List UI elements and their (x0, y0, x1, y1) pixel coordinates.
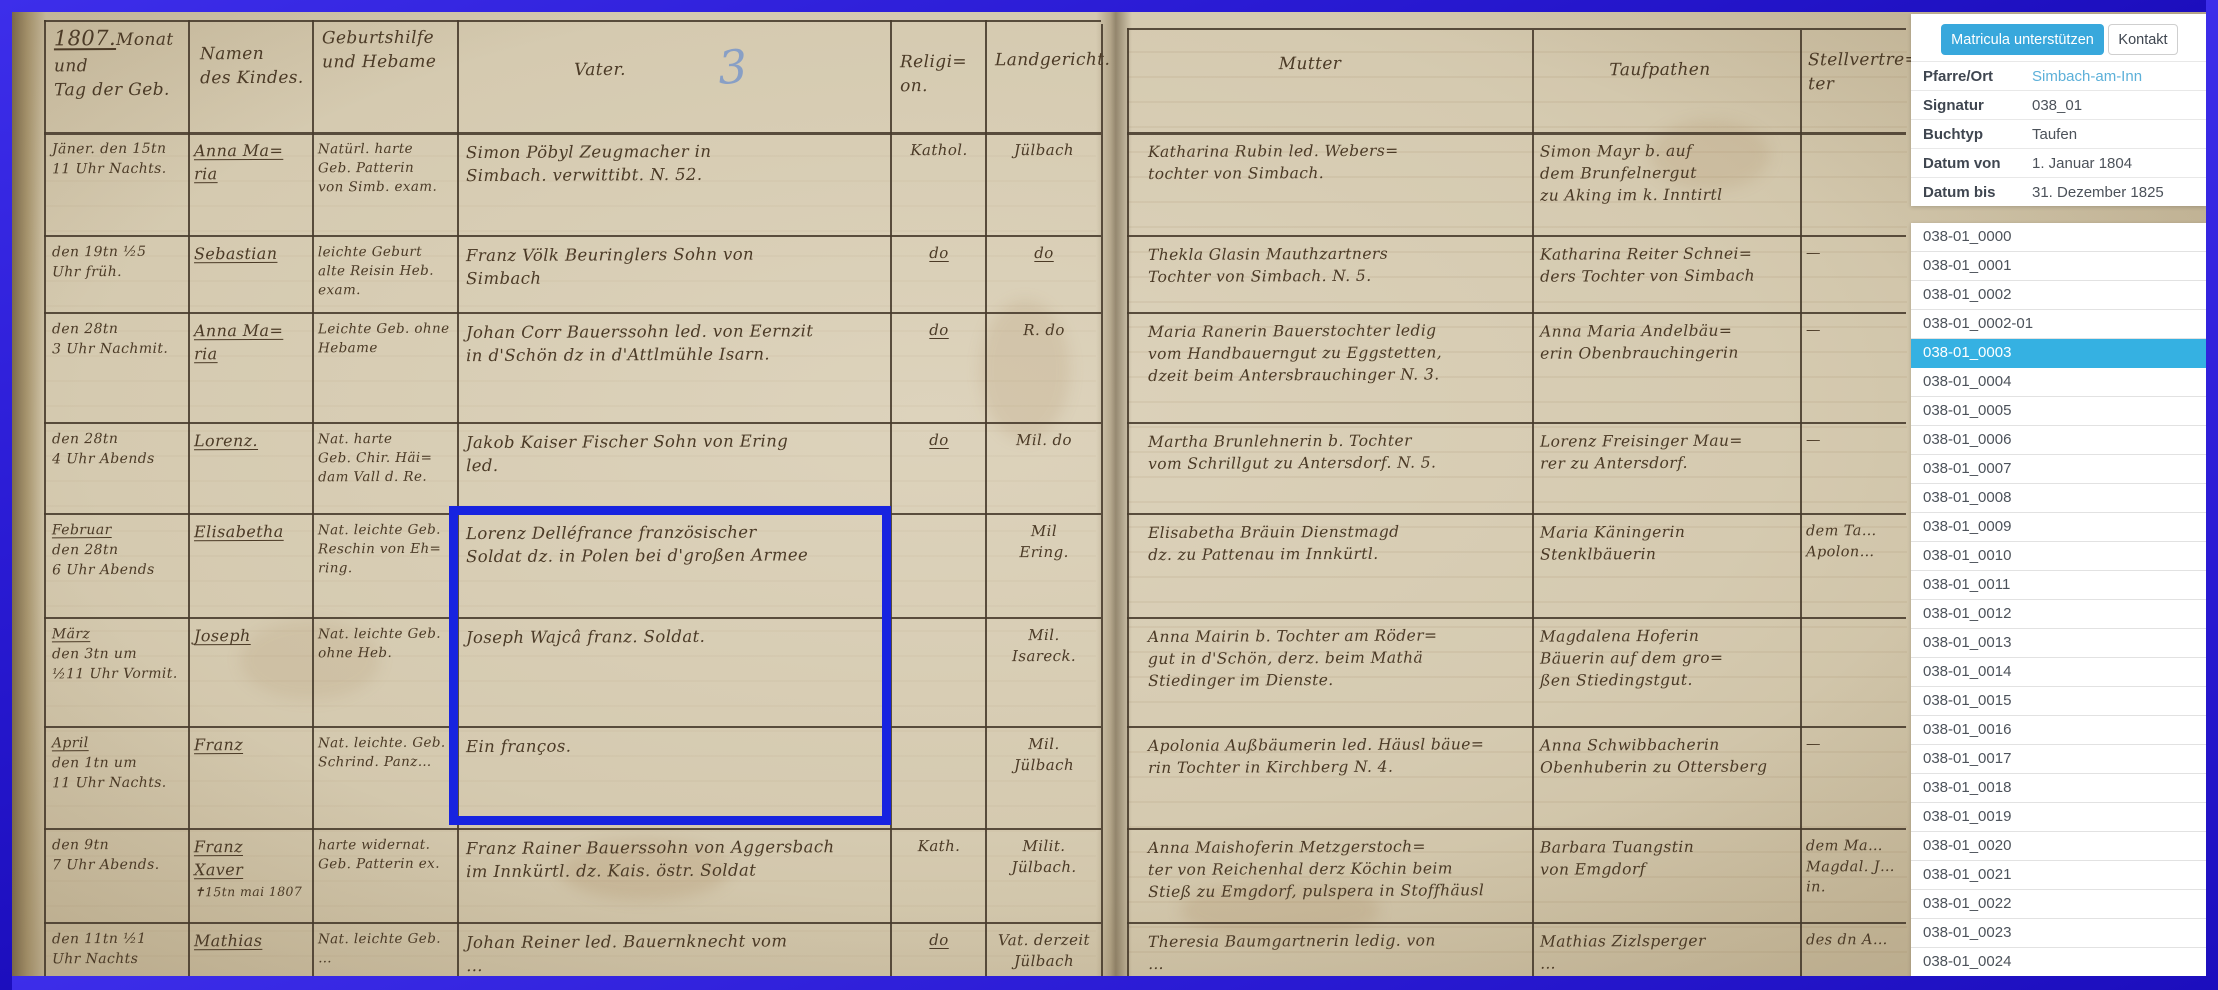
grid-hline (44, 828, 1101, 830)
contact-button[interactable]: Kontakt (2108, 24, 2178, 55)
register-cell-date: den 19tn ½5 Uhr früh. (52, 243, 186, 283)
register-cell-father: Johan Corr Bauerssohn led. von Eernzit i… (466, 319, 884, 368)
metadata-row: Signatur 038_01 (1911, 90, 2206, 119)
page-list-item[interactable]: 038-01_0008 (1911, 484, 2206, 513)
register-cell-father: Franz Völk Beuringlers Sohn von Simbach (466, 242, 884, 291)
register-cell-god: Mathias Zizlsperger … (1540, 929, 1795, 974)
register-cell-god: Lorenz Freisinger Mau= rer zu Antersdorf… (1540, 429, 1795, 474)
metadata-value[interactable]: 31. Dezember 1825 (2032, 184, 2164, 201)
register-cell-birth: Natürl. harte Geb. Patterin von Simb. ex… (318, 140, 452, 198)
register-cell-name: Mathias (194, 930, 306, 953)
frame-border-bottom (0, 976, 2218, 990)
grid-hline (44, 20, 1101, 22)
page-list-item[interactable]: 038-01_0004 (1911, 368, 2206, 397)
page-list-item[interactable]: 038-01_0018 (1911, 774, 2206, 803)
register-header-name: Namen des Kindes. (200, 42, 308, 91)
register-cell-father: Simon Pöbyl Zeugmacher in Simbach. verwi… (466, 139, 884, 188)
register-cell-rel: do (896, 243, 982, 265)
page-list-item[interactable]: 038-01_0017 (1911, 745, 2206, 774)
metadata-value[interactable]: Taufen (2032, 126, 2077, 143)
register-header-date: 1807.Monat und Tag der Geb. (54, 24, 184, 103)
register-cell-father: Jakob Kaiser Fischer Sohn von Ering led. (466, 429, 884, 478)
page-list-item[interactable]: 038-01_0005 (1911, 397, 2206, 426)
page-list-item[interactable]: 038-01_0002-01 (1911, 310, 2206, 339)
grid-vline (1800, 30, 1802, 976)
register-cell-birth: harte widernat. Geb. Patterin ex. (318, 836, 452, 875)
metadata-label: Signatur (1911, 97, 2032, 114)
grid-hline (1127, 28, 1906, 30)
register-cell-rel: do (896, 430, 982, 452)
register-header-proxy: Stellvertre= ter (1808, 48, 1918, 97)
page-list-item[interactable]: 038-01_0006 (1911, 426, 2206, 455)
frame-border-left (0, 0, 12, 990)
page-list-item[interactable]: 038-01_0001 (1911, 252, 2206, 281)
register-cell-date: den 28tn 4 Uhr Abends (52, 430, 186, 470)
register-cell-name: Joseph (194, 625, 306, 648)
register-cell-date: den 9tn 7 Uhr Abends. (52, 836, 186, 876)
register-cell-name: Anna Ma= ria (194, 140, 306, 186)
register-cell-court: Mil. do (990, 430, 1098, 452)
metadata-value[interactable]: 1. Januar 1804 (2032, 155, 2132, 172)
register-cell-mother: Thekla Glasin Mauthzartners Tochter von … (1148, 242, 1528, 288)
page-list-item[interactable]: 038-01_0007 (1911, 455, 2206, 484)
register-cell-god: Anna Maria Andelbäu= erin Obenbrauchinge… (1540, 319, 1795, 364)
page-list-item[interactable]: 038-01_0022 (1911, 890, 2206, 919)
register-cell-date: Jäner. den 15tn 11 Uhr Nachts. (52, 140, 186, 180)
register-cell-birth: Nat. harte Geb. Chir. Häi= dam Vall d. R… (318, 430, 452, 488)
grid-hline (44, 922, 1101, 924)
grid-vline (188, 20, 190, 976)
register-cell-rel: do (896, 320, 982, 342)
grid-vline (1127, 28, 1129, 976)
sidebar-button-row: Matricula unterstützen Kontakt (1911, 24, 2206, 56)
metadata-label: Datum von (1911, 155, 2032, 172)
grid-vline (312, 20, 314, 976)
register-cell-birth: Nat. leichte Geb. Reschin von Eh= ring. (318, 521, 452, 579)
metadata-row: Datum bis 31. Dezember 1825 (1911, 177, 2206, 206)
register-cell-court: Mil Ering. (990, 521, 1098, 564)
page-list-item[interactable]: 038-01_0015 (1911, 687, 2206, 716)
grid-vline (457, 20, 459, 976)
register-header-mother: Mutter (1230, 52, 1390, 77)
register-cell-date: den 28tn 3 Uhr Nachmit. (52, 320, 186, 360)
page-list-item[interactable]: 038-01_0014 (1911, 658, 2206, 687)
register-header-godparents: Taufpathen (1560, 57, 1760, 82)
register-cell-god: Barbara Tuangstin von Emgdorf (1540, 835, 1795, 880)
register-cell-mother: Katharina Rubin led. Webers= tochter von… (1148, 139, 1528, 185)
register-cell-birth: Nat. leichte Geb. … (318, 930, 452, 969)
register-cell-birth: Leichte Geb. ohne Hebame (318, 320, 452, 359)
grid-hline (1127, 922, 1906, 924)
grid-hline (1127, 422, 1906, 424)
grid-hline (1127, 132, 1906, 135)
register-cell-name: Anna Ma= ria (194, 320, 306, 366)
register-cell-mother: Elisabetha Bräuin Dienstmagd dz. zu Patt… (1148, 520, 1528, 566)
grid-hline (1127, 726, 1906, 728)
register-cell-name: Franz (194, 734, 306, 757)
register-cell-court: do (990, 243, 1098, 265)
register-cell-god: Katharina Reiter Schnei= ders Tochter vo… (1540, 242, 1795, 287)
metadata-row: Pfarre/Ort Simbach-am-Inn (1911, 61, 2206, 90)
grid-hline (1127, 235, 1906, 237)
register-cell-court: Mil. Isareck. (990, 625, 1098, 668)
register-cell-name: Sebastian (194, 243, 306, 266)
page-list: 038-01_0000038-01_0001038-01_0002038-01_… (1911, 223, 2206, 977)
register-cell-name: Elisabetha (194, 521, 306, 544)
register-cell-rel: Kathol. (896, 140, 982, 162)
page-list-item[interactable]: 038-01_0023 (1911, 919, 2206, 948)
register-cell-father: Franz Rainer Bauerssohn von Aggersbach i… (466, 835, 884, 884)
register-cell-court: Vat. derzeit Jülbach (990, 930, 1098, 973)
metadata-label: Buchtyp (1911, 126, 2032, 143)
register-cell-rel: do (896, 930, 982, 952)
grid-vline (1532, 30, 1534, 976)
register-header-birth: Geburtshilfe und Hebame (322, 26, 452, 75)
register-cell-mother: Anna Maishoferin Metzgerstoch= ter von R… (1148, 835, 1528, 903)
grid-hline (44, 235, 1101, 237)
register-cell-date: Februar den 28tn 6 Uhr Abends (52, 521, 186, 581)
metadata-label: Pfarre/Ort (1911, 68, 2032, 85)
register-cell-court: Mil. Jülbach (990, 734, 1098, 777)
page-list-item[interactable]: 038-01_0009 (1911, 513, 2206, 542)
page-list-item[interactable]: 038-01_0016 (1911, 716, 2206, 745)
register-cell-court: Jülbach (990, 140, 1098, 162)
page-list-item[interactable]: 038-01_0013 (1911, 629, 2206, 658)
grid-vline (985, 20, 987, 976)
grid-hline (1127, 617, 1906, 619)
page-list-item[interactable]: 038-01_0019 (1911, 803, 2206, 832)
register-cell-god: Simon Mayr b. auf dem Brunfelnergut zu A… (1540, 139, 1795, 206)
annotation-highlight-box (449, 506, 891, 825)
grid-hline (1127, 312, 1906, 314)
register-cell-birth: leichte Geburt alte Reisin Heb. exam. (318, 243, 452, 301)
register-cell-mother: Martha Brunlehnerin b. Tochter vom Schri… (1148, 429, 1528, 475)
page-list-item[interactable]: 038-01_0012 (1911, 600, 2206, 629)
register-cell-name: Franz Xaver✝15tn mai 1807 (194, 836, 306, 902)
register-cell-god: Anna Schwibbacherin Obenhuberin zu Otter… (1540, 733, 1795, 778)
page-list-item[interactable]: 038-01_0000 (1911, 223, 2206, 252)
page-list-item[interactable]: 038-01_0011 (1911, 571, 2206, 600)
page-list-item[interactable]: 038-01_0010 (1911, 542, 2206, 571)
register-cell-date: April den 1tn um 11 Uhr Nachts. (52, 734, 186, 794)
grid-vline (44, 20, 46, 976)
metadata-table: Pfarre/Ort Simbach-am-Inn Signatur 038_0… (1911, 61, 2206, 206)
support-button[interactable]: Matricula unterstützen (1941, 24, 2104, 55)
register-cell-god: Magdalena Hoferin Bäuerin auf dem gro= ß… (1540, 624, 1795, 691)
page-list-item[interactable]: 038-01_0020 (1911, 832, 2206, 861)
register-cell-date: März den 3tn um ½11 Uhr Vormit. (52, 625, 186, 685)
metadata-value[interactable]: Simbach-am-Inn (2032, 68, 2142, 85)
register-cell-date: den 11tn ½1 Uhr Nachts (52, 930, 186, 970)
register-cell-court: Milit. Jülbach. (990, 836, 1098, 879)
metadata-value[interactable]: 038_01 (2032, 97, 2082, 114)
metadata-row: Datum von 1. Januar 1804 (1911, 148, 2206, 177)
register-header-father: Vater. (520, 58, 680, 83)
register-cell-birth: Nat. leichte. Geb. Schrind. Panz… (318, 734, 452, 773)
metadata-panel: Matricula unterstützen Kontakt Pfarre/Or… (1911, 14, 2206, 206)
register-header-court: Landgericht. (995, 48, 1099, 73)
frame-border-right (2206, 0, 2218, 990)
frame-border-top (0, 0, 2218, 12)
page-list-item[interactable]: 038-01_0003 (1911, 339, 2206, 368)
grid-vline (1101, 24, 1103, 976)
metadata-row: Buchtyp Taufen (1911, 119, 2206, 148)
page-list-item[interactable]: 038-01_0002 (1911, 281, 2206, 310)
register-cell-mother: Theresia Baumgartnerin ledig. von … (1148, 929, 1528, 975)
register-cell-birth: Nat. leichte Geb. ohne Heb. (318, 625, 452, 664)
grid-hline (1127, 828, 1906, 830)
register-header-religion: Religi= on. (900, 50, 980, 99)
register-cell-mother: Anna Mairin b. Tochter am Röder= gut in … (1148, 624, 1528, 692)
grid-hline (44, 312, 1101, 314)
grid-vline (890, 20, 892, 976)
page-list-item[interactable]: 038-01_0024 (1911, 948, 2206, 977)
grid-hline (44, 132, 1101, 135)
register-cell-name: Lorenz. (194, 430, 306, 453)
register-cell-court: R. do (990, 320, 1098, 342)
register-scan-viewer[interactable]: 1807.Monat und Tag der Geb. Namen des Ki… (0, 0, 2218, 990)
register-cell-rel: Kath. (896, 836, 982, 858)
page-number-stamp: 3 (716, 39, 749, 95)
grid-hline (1127, 513, 1906, 515)
register-cell-god: Maria Käningerin Stenklbäuerin (1540, 520, 1795, 565)
register-cell-mother: Maria Ranerin Bauerstochter ledig vom Ha… (1148, 319, 1528, 387)
register-cell-father: Johan Reiner led. Bauernknecht vom … (466, 929, 884, 978)
metadata-label: Datum bis (1911, 184, 2032, 201)
page-list-item[interactable]: 038-01_0021 (1911, 861, 2206, 890)
register-cell-mother: Apolonia Außbäumerin led. Häusl bäue= ri… (1148, 733, 1528, 779)
grid-hline (44, 422, 1101, 424)
